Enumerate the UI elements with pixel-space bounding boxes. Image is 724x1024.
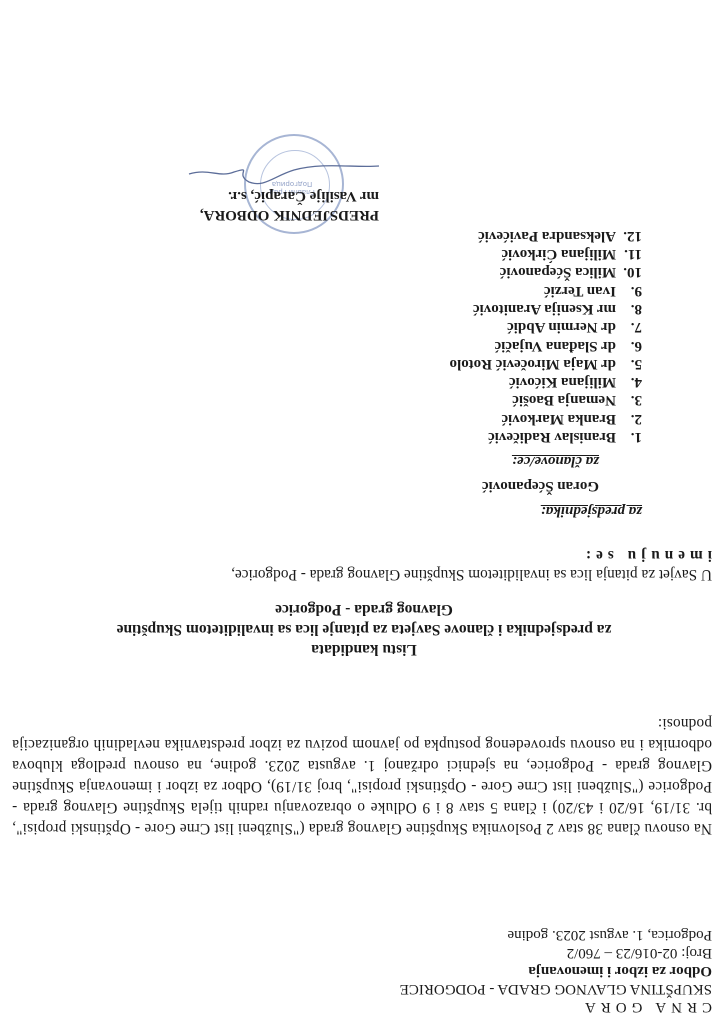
- member-name: dr Maja Miročević Rotolo: [450, 355, 616, 373]
- list-item: 5.dr Maja Miročević Rotolo: [450, 355, 642, 373]
- title-line-1: Listu kandidata: [64, 639, 664, 659]
- member-number: 6.: [616, 336, 642, 354]
- list-item: 7.dr Nermin Abdić: [450, 318, 642, 336]
- list-item: 6.dr Slađana Vujačić: [450, 336, 642, 354]
- list-item: 4.Milijana Kićović: [450, 373, 642, 391]
- document-page: CRNA GORA SKUPŠTINA GLAVNOG GRADA - PODG…: [0, 0, 724, 1024]
- member-name: Milijana Kićović: [509, 373, 616, 391]
- member-number: 11.: [616, 245, 642, 263]
- member-name: Branka Marković: [501, 409, 616, 427]
- member-number: 3.: [616, 391, 642, 409]
- member-name: dr Slađana Vujačić: [495, 336, 616, 354]
- member-name: dr Nermin Abdić: [507, 318, 616, 336]
- list-item: 10.Milica Šćepanović: [450, 263, 642, 281]
- member-name: mr Ksenija Aranitović: [473, 300, 616, 318]
- member-name: Ivan Terzić: [544, 281, 616, 299]
- list-item: 1.Branislav Radičević: [450, 428, 642, 446]
- assembly-name: SKUPŠTINA GLAVNOG GRADA - PODGORICE: [400, 980, 712, 998]
- document-date: Podgorica, 1. avgust 2023. godine: [400, 926, 712, 944]
- signature-block: PREDSJEDNIK ODBORA, mr Vasilije Čarapić,…: [200, 186, 379, 224]
- document-title: Listu kandidata za predsjednika i članov…: [64, 599, 664, 659]
- reference-number: Broj: 02-016/23 – 760/2: [400, 944, 712, 962]
- signature-name: mr Vasilije Čarapić, s.r.: [200, 186, 379, 205]
- member-number: 2.: [616, 409, 642, 427]
- council-text: U Savjet za pitanja lica sa invaliditeto…: [12, 565, 712, 584]
- country-name: CRNA GORA: [400, 998, 712, 1016]
- document-header: CRNA GORA SKUPŠTINA GLAVNOG GRADA - PODG…: [400, 926, 712, 1016]
- member-number: 7.: [616, 318, 642, 336]
- list-item: 11.Milijana Ćirković: [450, 245, 642, 263]
- president-label: za predsjednika:: [541, 502, 642, 519]
- member-name: Nemanja Baošić: [512, 391, 616, 409]
- member-number: 1.: [616, 428, 642, 446]
- member-number: 10.: [616, 263, 642, 281]
- member-name: Aleksandra Pavićević: [478, 226, 616, 244]
- title-line-2: za predsjednika i članove Savjeta za pit…: [64, 619, 664, 639]
- president-name: Goran Šćepanović: [482, 477, 599, 494]
- signature-title: PREDSJEDNIK ODBORA,: [200, 205, 379, 224]
- list-item: 8.mr Ksenija Aranitović: [450, 300, 642, 318]
- list-item: 2.Branka Marković: [450, 409, 642, 427]
- members-list: 1.Branislav Radičević2.Branka Marković3.…: [450, 226, 642, 446]
- member-number: 5.: [616, 355, 642, 373]
- member-name: Milijana Ćirković: [501, 245, 616, 263]
- member-name: Branislav Radičević: [488, 428, 616, 446]
- member-number: 8.: [616, 300, 642, 318]
- members-label: za članove/ce:: [512, 452, 599, 469]
- appoint-word: imenuju se:: [12, 546, 712, 565]
- member-name: Milica Šćepanović: [500, 263, 616, 281]
- member-number: 9.: [616, 281, 642, 299]
- committee-name: Odbor za izbor i imenovanja: [400, 962, 712, 980]
- member-number: 4.: [616, 373, 642, 391]
- list-item: 3.Nemanja Baošić: [450, 391, 642, 409]
- list-item: 9.Ivan Terzić: [450, 281, 642, 299]
- list-item: 12.Aleksandra Pavićević: [450, 226, 642, 244]
- title-line-3: Glavnog grada - Podgorice: [64, 599, 664, 619]
- council-paragraph: U Savjet za pitanja lica sa invaliditeto…: [12, 546, 712, 584]
- member-number: 12.: [616, 226, 642, 244]
- preamble-paragraph: Na osnovu člana 38 stav 2 Poslovnika Sku…: [12, 713, 712, 839]
